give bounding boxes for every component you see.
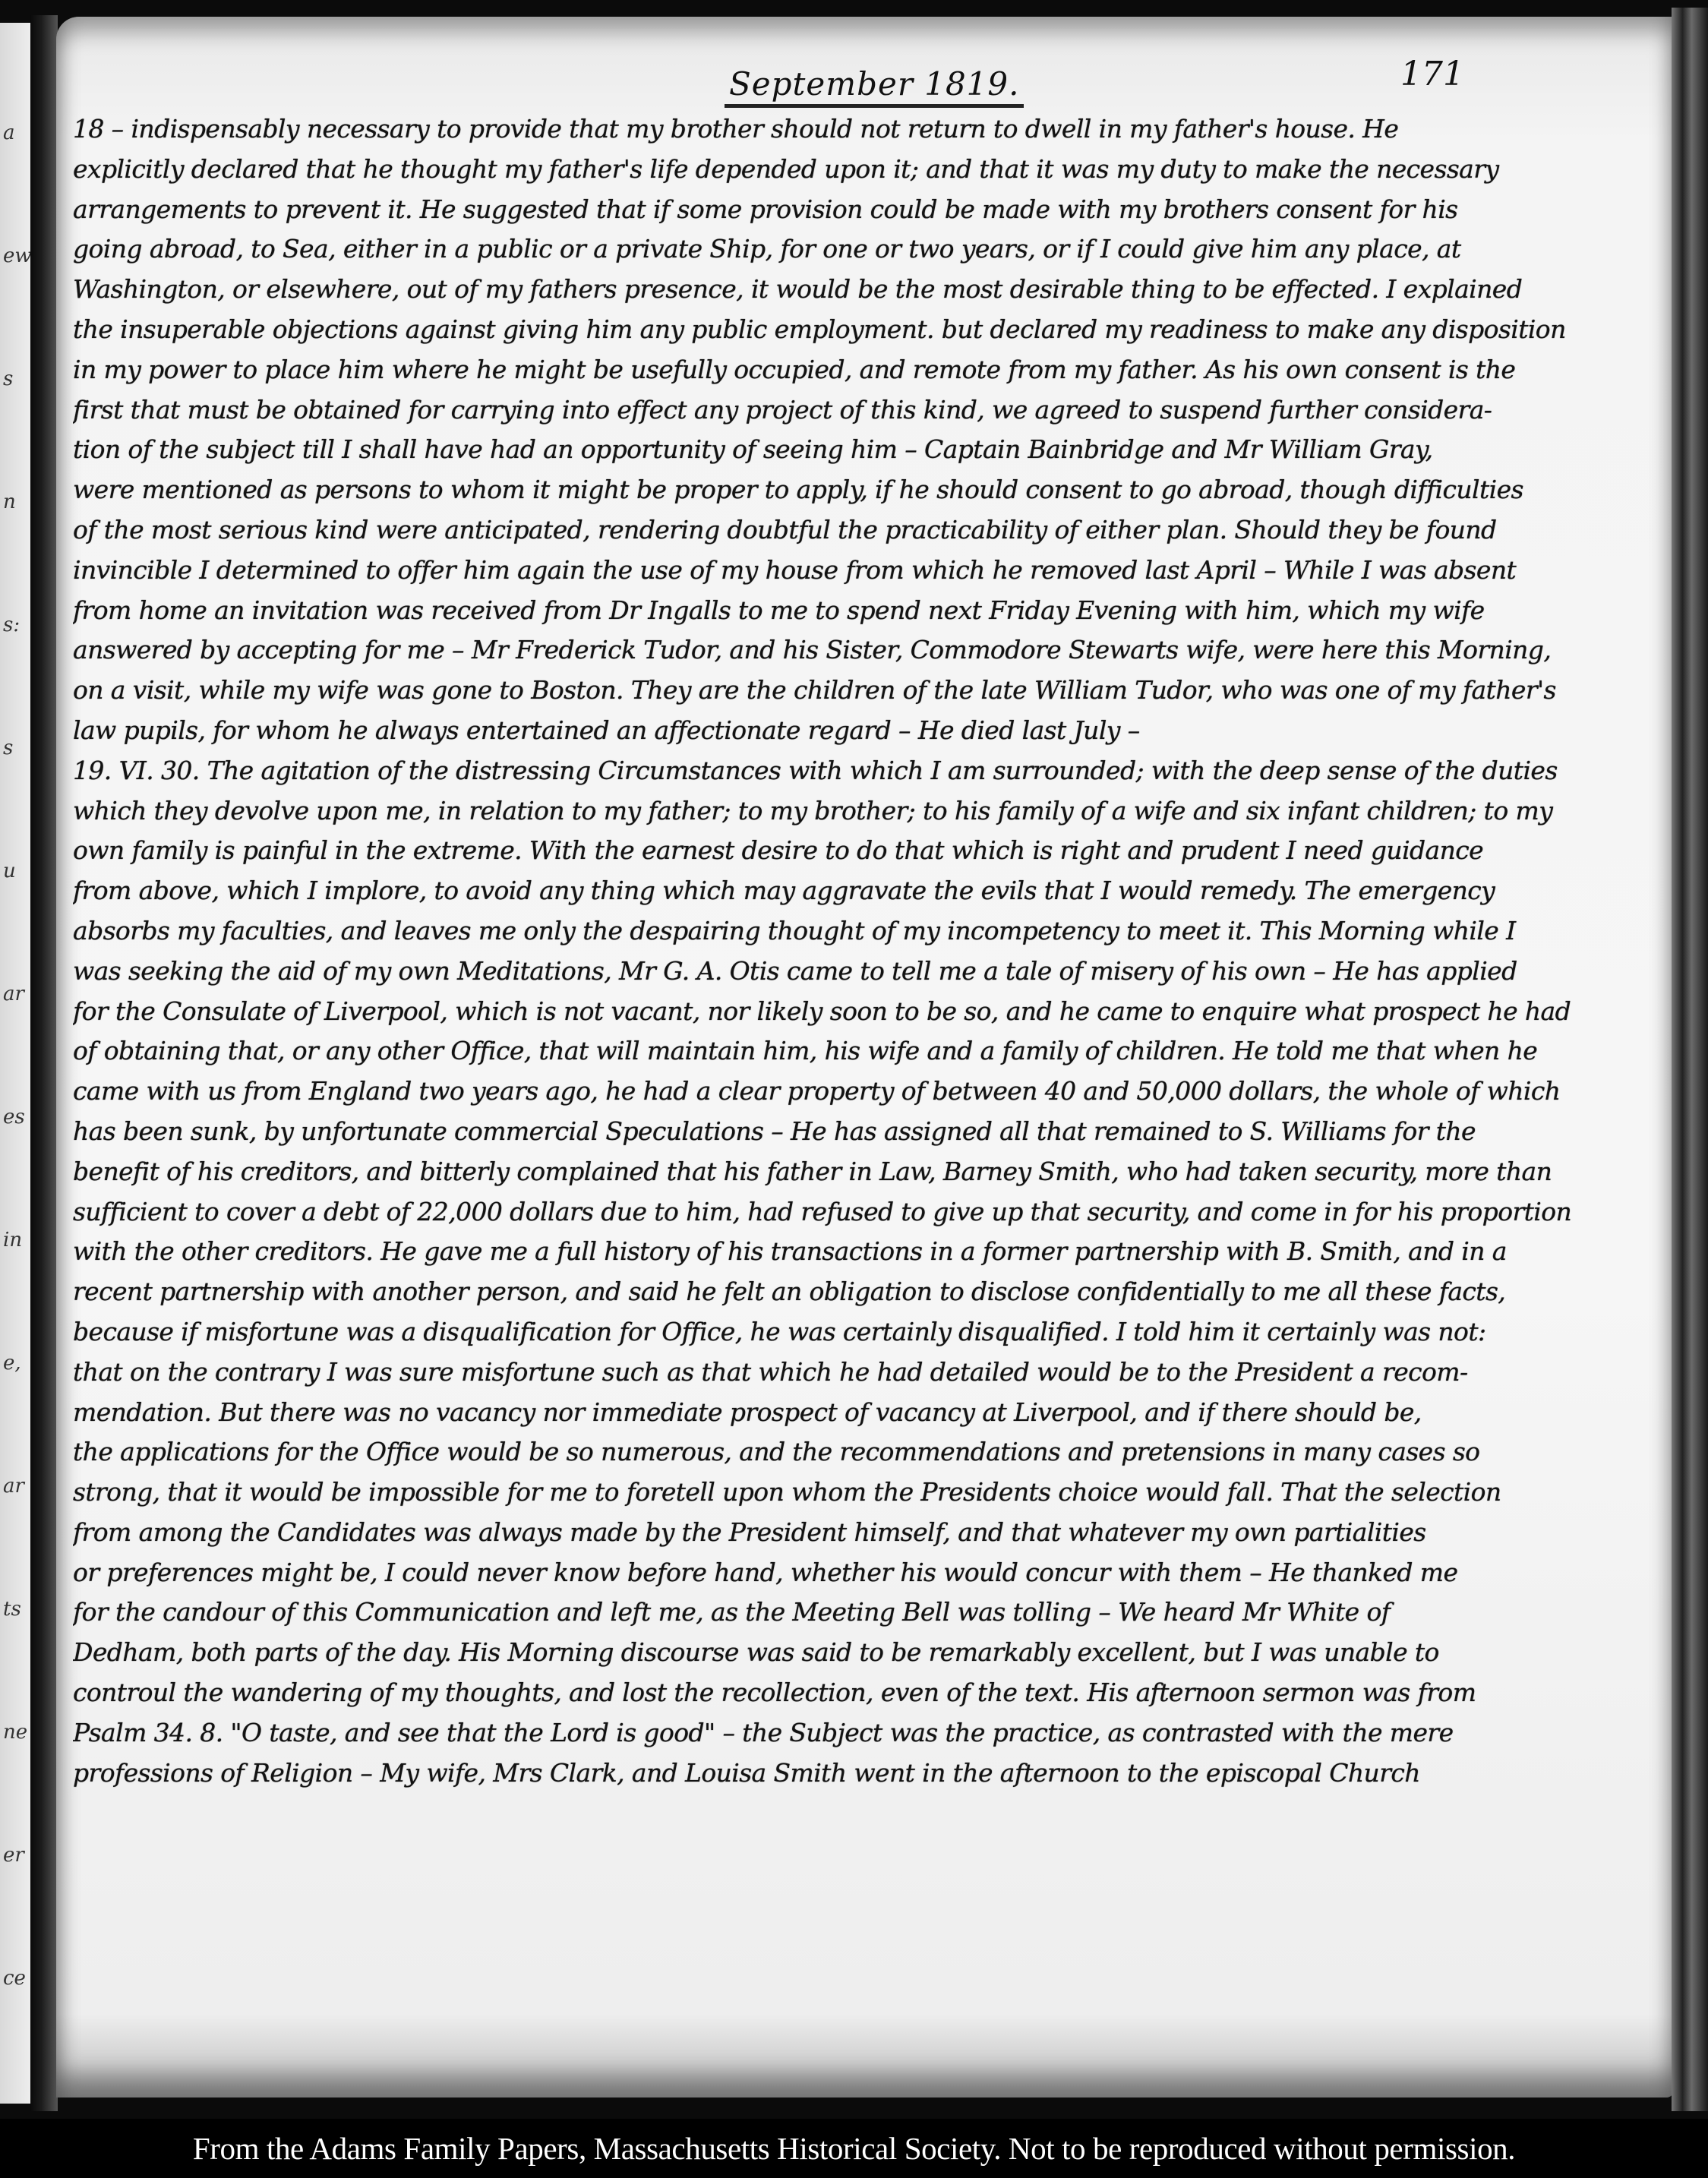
text-line: or preferences might be, I could never k… <box>73 1553 1637 1593</box>
text-line: with the other creditors. He gave me a f… <box>73 1232 1637 1272</box>
facing-page-fragment: er <box>3 1844 24 1867</box>
text-line: professions of Religion – My wife, Mrs C… <box>73 1753 1637 1794</box>
text-line: from home an invitation was received fro… <box>73 591 1637 631</box>
text-line: controul the wandering of my thoughts, a… <box>73 1673 1637 1713</box>
page-number: 171 <box>1400 55 1464 93</box>
text-line: from above, which I implore, to avoid an… <box>73 871 1637 911</box>
text-line: Dedham, both parts of the day. His Morni… <box>73 1633 1637 1673</box>
facing-page-fragment: ar <box>3 983 24 1005</box>
text-line: of the most serious kind were anticipate… <box>73 510 1637 551</box>
scanned-book-spread: aewsns:suaresine,artsneerce September 18… <box>0 0 1708 2119</box>
facing-page-fragment: in <box>3 1229 22 1252</box>
facing-page-fragment: a <box>3 122 15 144</box>
facing-page-fragment: n <box>3 491 16 513</box>
facing-page-fragment: s <box>3 368 13 390</box>
text-line: has been sunk, by unfortunate commercial… <box>73 1112 1637 1152</box>
diary-text: 18 – indispensably necessary to provide … <box>73 109 1637 1793</box>
text-line: benefit of his creditors, and bitterly c… <box>73 1152 1637 1192</box>
text-line: 18 – indispensably necessary to provide … <box>73 109 1637 150</box>
facing-page-fragment: ew <box>3 245 32 267</box>
text-line: invincible I determined to offer him aga… <box>73 551 1637 591</box>
text-line: which they devolve upon me, in relation … <box>73 791 1637 832</box>
text-line: the insuperable objections against givin… <box>73 310 1637 350</box>
diary-entry-start: 19. VI. 30. The agitation of the distres… <box>73 751 1637 791</box>
facing-page-fragment: ts <box>3 1598 21 1621</box>
book-gutter <box>30 15 58 2111</box>
text-line: tion of the subject till I shall have ha… <box>73 430 1637 470</box>
text-line: in my power to place him where he might … <box>73 350 1637 390</box>
text-line: law pupils, for whom he always entertain… <box>73 711 1637 751</box>
text-line: mendation. But there was no vacancy nor … <box>73 1393 1637 1433</box>
copyright-caption: From the Adams Family Papers, Massachuse… <box>193 2130 1515 2167</box>
facing-page-fragment: u <box>3 860 16 882</box>
text-line: because if misfortune was a disqualifica… <box>73 1312 1637 1353</box>
text-line: own family is painful in the extreme. Wi… <box>73 831 1637 871</box>
text-line: explicitly declared that he thought my f… <box>73 150 1637 190</box>
page-edge-stack <box>1672 8 1708 2111</box>
facing-page-fragment: ar <box>3 1475 24 1498</box>
text-line: arrangements to prevent it. He suggested… <box>73 190 1637 230</box>
page-header: September 1819. 171 <box>56 59 1674 112</box>
text-line: Washington, or elsewhere, out of my fath… <box>73 270 1637 310</box>
text-line: for the candour of this Communication an… <box>73 1592 1637 1633</box>
facing-page-fragment: s: <box>3 614 20 636</box>
text-line: first that must be obtained for carrying… <box>73 390 1637 431</box>
month-heading: September 1819. <box>725 65 1024 108</box>
text-line: absorbs my faculties, and leaves me only… <box>73 911 1637 952</box>
facing-page-fragment: es <box>3 1106 25 1128</box>
manuscript-page: September 1819. 171 18 – indispensably n… <box>56 17 1674 2098</box>
text-line: of obtaining that, or any other Office, … <box>73 1031 1637 1072</box>
text-line: answered by accepting for me – Mr Freder… <box>73 630 1637 671</box>
facing-page-fragment: e, <box>3 1352 21 1375</box>
text-line: the applications for the Office would be… <box>73 1432 1637 1473</box>
text-line: on a visit, while my wife was gone to Bo… <box>73 671 1637 711</box>
text-line: that on the contrary I was sure misfortu… <box>73 1353 1637 1393</box>
text-line: was seeking the aid of my own Meditation… <box>73 952 1637 992</box>
text-line: Psalm 34. 8. "O taste, and see that the … <box>73 1713 1637 1753</box>
text-line: strong, that it would be impossible for … <box>73 1473 1637 1513</box>
copyright-caption-bar: From the Adams Family Papers, Massachuse… <box>0 2119 1708 2178</box>
text-line: going abroad, to Sea, either in a public… <box>73 229 1637 270</box>
text-line: for the Consulate of Liverpool, which is… <box>73 992 1637 1032</box>
facing-page-fragment: ne <box>3 1721 27 1744</box>
text-line: recent partnership with another person, … <box>73 1272 1637 1312</box>
text-line: from among the Candidates was always mad… <box>73 1513 1637 1553</box>
text-line: sufficient to cover a debt of 22,000 dol… <box>73 1192 1637 1233</box>
facing-page-fragment: s <box>3 737 13 759</box>
text-line: came with us from England two years ago,… <box>73 1072 1637 1112</box>
facing-page-fragment: ce <box>3 1967 26 1990</box>
text-line: were mentioned as persons to whom it mig… <box>73 470 1637 510</box>
